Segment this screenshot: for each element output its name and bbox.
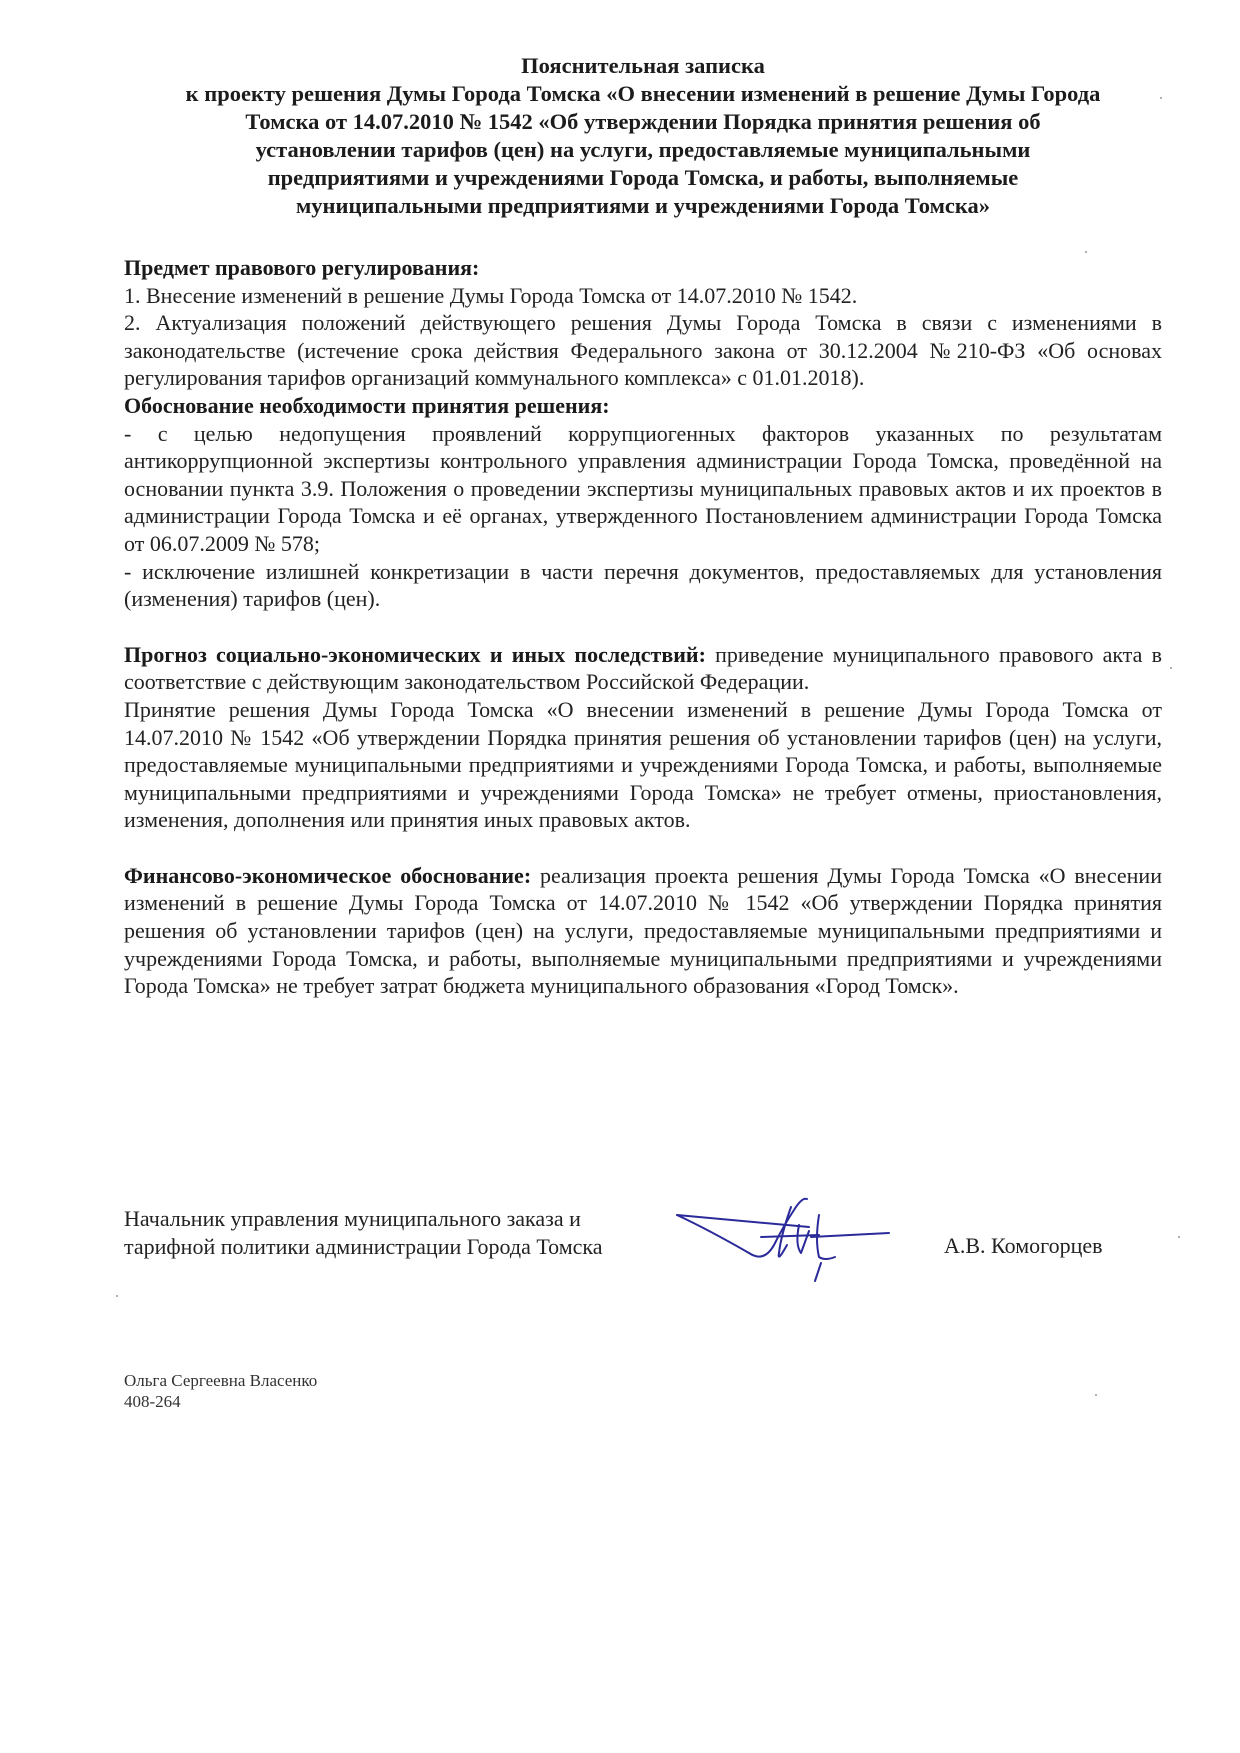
scan-speck (1085, 251, 1087, 253)
paragraph: Принятие решения Думы Города Томска «О в… (124, 696, 1162, 834)
title-line: предприятиями и учреждениями Города Томс… (124, 164, 1162, 192)
paragraph: 1. Внесение изменений в решение Думы Гор… (124, 282, 1162, 310)
title-line: к проекту решения Думы Города Томска «О … (124, 80, 1162, 108)
handwritten-signature-icon (669, 1185, 899, 1305)
spacer (124, 613, 1162, 641)
scan-speck (116, 1295, 118, 1297)
scan-speck (1178, 1236, 1180, 1238)
section-subject: Предмет правового регулирования: 1. Внес… (124, 254, 1162, 392)
document-page: Пояснительная записка к проекту решения … (124, 52, 1162, 1000)
signatory-position: Начальник управления муниципального зака… (124, 1205, 684, 1260)
title-line: муниципальными предприятиями и учреждени… (124, 192, 1162, 220)
scan-speck (1095, 1394, 1097, 1396)
section-heading: Обоснование необходимости принятия решен… (124, 392, 1162, 420)
executor-info: Ольга Сергеевна Власенко 408-264 (124, 1370, 317, 1412)
section-justification: Обоснование необходимости принятия решен… (124, 392, 1162, 613)
position-line: Начальник управления муниципального зака… (124, 1205, 684, 1233)
spacer (124, 834, 1162, 862)
signatory-name: А.В. Комогорцев (944, 1232, 1103, 1260)
scan-speck (1170, 667, 1172, 669)
section-forecast: Прогноз социально-экономических и иных п… (124, 641, 1162, 834)
section-heading: Прогноз социально-экономических и иных п… (124, 642, 706, 667)
paragraph: 2. Актуализация положений действующего р… (124, 309, 1162, 392)
paragraph: - исключение излишней конкретизации в ча… (124, 558, 1162, 613)
signature-block: Начальник управления муниципального зака… (124, 1205, 1162, 1305)
paragraph: Прогноз социально-экономических и иных п… (124, 641, 1162, 696)
section-heading: Финансово-экономическое обоснование: (124, 863, 531, 888)
paragraph: Финансово-экономическое обоснование: реа… (124, 862, 1162, 1000)
paragraph: - с целью недопущения проявлений коррупц… (124, 420, 1162, 558)
title-line: Пояснительная записка (124, 52, 1162, 80)
title-line: Томска от 14.07.2010 № 1542 «Об утвержде… (124, 108, 1162, 136)
section-heading: Предмет правового регулирования: (124, 254, 1162, 282)
executor-phone: 408-264 (124, 1391, 317, 1412)
title-line: установлении тарифов (цен) на услуги, пр… (124, 136, 1162, 164)
section-financial: Финансово-экономическое обоснование: реа… (124, 862, 1162, 1000)
scan-speck (1160, 97, 1162, 99)
document-title: Пояснительная записка к проекту решения … (124, 52, 1162, 220)
executor-name: Ольга Сергеевна Власенко (124, 1370, 317, 1391)
position-line: тарифной политики администрации Города Т… (124, 1233, 684, 1261)
